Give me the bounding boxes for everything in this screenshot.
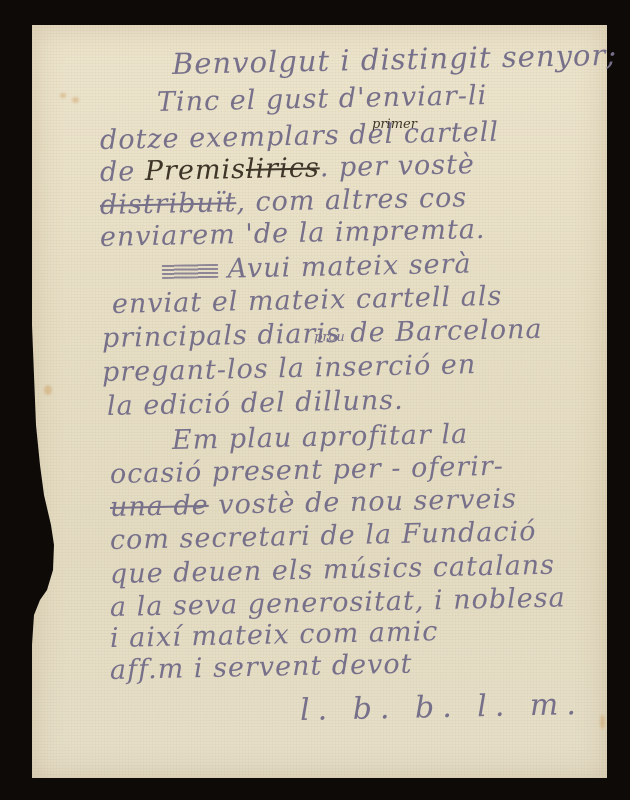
line-text-ink: Premis <box>145 154 247 187</box>
scribbled-out-word <box>162 263 218 278</box>
letter-line: Em plau aprofitar la <box>172 419 469 456</box>
letter-line: la edició del dilluns. <box>107 385 404 422</box>
line-text: vostè de nou serveis <box>218 483 517 520</box>
insertion-primer: primer <box>372 117 417 132</box>
letter-line: de Premislirics. per vostè <box>100 149 476 188</box>
signature: l. b. b. l. m. <box>300 687 585 728</box>
struck-text: lirics <box>246 152 320 185</box>
line-text: com <box>110 524 171 556</box>
struck-text: distribuït <box>100 187 237 221</box>
letter-body: Benvolgut i distingit senyor; Tinc el gu… <box>32 25 607 778</box>
line-text: , com altres cos <box>236 182 467 218</box>
line-text: secretari de la Fundació <box>179 516 537 554</box>
line-text: de <box>100 156 136 188</box>
line-text: Avui mateix serà <box>227 249 472 285</box>
line-text: cartell <box>403 117 499 150</box>
letter-line: Tinc el gust d'enviar-li <box>157 80 488 118</box>
line-text: dotze exemplars del <box>100 119 395 156</box>
struck-text: una de <box>110 490 209 523</box>
line-text: . per vostè <box>319 149 475 183</box>
letter-line: aff.m i servent devot <box>110 649 413 686</box>
scanned-page: Benvolgut i distingit senyor; Tinc el gu… <box>0 0 630 800</box>
letter-line: com secretari de la Fundació <box>110 516 537 556</box>
salutation: Benvolgut i distingit senyor; <box>172 38 618 81</box>
letter-line: pregant-los la inserció en <box>102 349 477 388</box>
insertion-prou: prou <box>314 330 345 345</box>
letter-line: enviat el mateix cartell als <box>112 281 503 320</box>
letter-line: enviarem 'de la impremta. <box>100 214 486 253</box>
letter-line: Avui mateix serà <box>162 249 472 286</box>
